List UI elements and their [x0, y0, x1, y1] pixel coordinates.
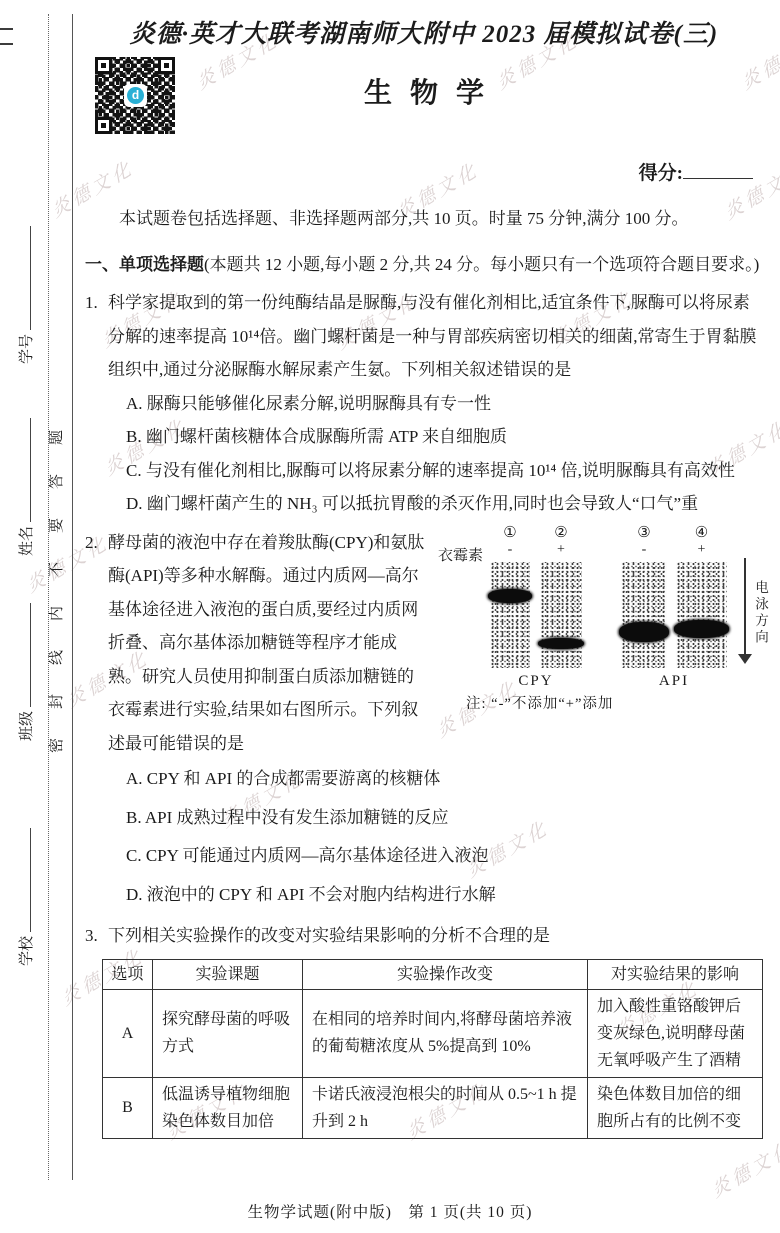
protein-band [619, 622, 669, 642]
reagent-label: 衣霉素 [438, 548, 483, 564]
api-group-label: API [621, 673, 727, 689]
print-crop-mark [0, 43, 13, 45]
section-heading: 一、单项选择题(本题共 12 小题,每小题 2 分,共 24 分。每小题只有一个… [85, 248, 763, 282]
exam-instructions: 本试题卷包括选择题、非选择题两部分,共 10 页。时量 75 分钟,满分 100… [85, 202, 763, 236]
school-label: 学校 [19, 936, 35, 966]
protein-band [538, 638, 584, 649]
option-c: C. 与没有催化剂相比,脲酶可以将尿素分解的速率提高 10¹⁴ 倍,说明脲酶具有… [126, 454, 763, 488]
electrophoresis-figure: 衣霉素 ① ② ③ ④ - + - + CPY API 电泳方向 注: “-”不… [438, 528, 763, 724]
lane-4-sign: + [676, 542, 727, 558]
lane-3-sign: - [621, 542, 667, 558]
name-label: 姓名 [19, 526, 35, 556]
lane-1-number: ① [490, 525, 530, 541]
school-field: 学校 [16, 812, 38, 982]
header-topic: 实验课题 [153, 959, 303, 989]
question-1: 1. 科学家提取到的第一份纯酶结晶是脲酶,与没有催化剂相比,适宜条件下,脲酶可以… [85, 286, 763, 521]
cell-option: B [103, 1077, 153, 1138]
option-d: D. 幽门螺杆菌产生的 NH₃ 可以抵抗胃酸的杀灭作用,同时也会导致人“口气”重 [126, 487, 763, 521]
score-label: 得分: [639, 163, 683, 184]
figure-note: 注: “-”不添加“+”添加 [466, 696, 613, 712]
class-blank [16, 603, 31, 707]
exam-title: 炎德·英才大联考湖南师大附中 2023 届模拟试卷(三) [85, 18, 763, 52]
option-a: A. 脲酶只能够催化尿素分解,说明脲酶具有专一性 [126, 387, 763, 421]
gel-lane-3 [621, 562, 667, 668]
experiment-table: 选项 实验课题 实验操作改变 对实验结果的影响 A 探究酵母菌的呼吸方式 在相同… [102, 959, 763, 1139]
protein-band [488, 589, 532, 603]
header-operation: 实验操作改变 [303, 959, 588, 989]
gel-lane-2 [540, 562, 582, 668]
option-b: B. 幽门螺杆菌核糖体合成脲酶所需 ATP 来自细胞质 [126, 420, 763, 454]
direction-arrow-icon [744, 558, 746, 656]
cell-option: A [103, 989, 153, 1077]
question-stem: 科学家提取到的第一份纯酶结晶是脲酶,与没有催化剂相比,适宜条件下,脲酶可以将尿素… [108, 293, 757, 379]
option-d: D. 液泡中的 CPY 和 API 不会对胞内结构进行水解 [126, 876, 763, 915]
page-footer: 生物学试题(附中版) 第 1 页(共 10 页) [0, 1200, 780, 1222]
table-row: A 探究酵母菌的呼吸方式 在相同的培养时间内,将酵母菌培养液的葡萄糖浓度从 5%… [103, 989, 763, 1077]
gel-lane-4 [676, 562, 727, 668]
header-option: 选项 [103, 959, 153, 989]
seal-line-text: 密封线内不要答题 [46, 387, 68, 767]
cell-operation: 在相同的培养时间内,将酵母菌培养液的葡萄糖浓度从 5%提高到 10% [303, 989, 588, 1077]
lane-2-sign: + [540, 542, 582, 558]
question-stem: 酵母菌的液泡中存在着羧肽酶(CPY)和氨肽酶(API)等多种水解酶。通过内质网—… [108, 533, 424, 753]
table-header-row: 选项 实验课题 实验操作改变 对实验结果的影响 [103, 959, 763, 989]
exam-page: 炎德文化炎德文化炎德文化炎德文化炎德文化炎德文化炎德文化炎德文化炎德文化炎德文化… [0, 0, 780, 1233]
print-crop-mark [0, 28, 13, 30]
table-row: B 低温诱导植物细胞染色体数目加倍 卡诺氏液浸泡根尖的时间从 0.5~1 h 提… [103, 1077, 763, 1138]
seal-solid-line [72, 14, 73, 1180]
cell-topic: 低温诱导植物细胞染色体数目加倍 [153, 1077, 303, 1138]
lane-1-sign: - [490, 542, 530, 558]
name-field: 姓名 [16, 402, 38, 572]
class-field: 班级 [16, 587, 38, 757]
cell-operation: 卡诺氏液浸泡根尖的时间从 0.5~1 h 提升到 2 h [303, 1077, 588, 1138]
cell-effect: 染色体数目加倍的细胞所占有的比例不变 [588, 1077, 763, 1138]
lane-3-number: ③ [621, 525, 667, 541]
cell-effect: 加入酸性重铬酸钾后变灰绿色,说明酵母菌无氧呼吸产生了酒精 [588, 989, 763, 1077]
student-id-field: 学号 [16, 210, 38, 380]
gel-lane-1 [490, 562, 530, 668]
class-label: 班级 [19, 711, 35, 741]
option-c: C. CPY 可能通过内质网—高尔基体途径进入液泡 [126, 837, 763, 876]
lane-4-number: ④ [676, 525, 727, 541]
school-blank [16, 828, 31, 932]
protein-band [674, 620, 729, 638]
student-id-blank [16, 226, 31, 330]
section-title: 一、单项选择题 [85, 255, 204, 274]
option-a: A. CPY 和 API 的合成都需要游离的核糖体 [126, 760, 763, 799]
question-2: 衣霉素 ① ② ③ ④ - + - + CPY API 电泳方向 注: “-”不… [85, 526, 763, 915]
option-b: B. API 成熟过程中没有发生添加糖链的反应 [126, 799, 763, 838]
header-effect: 对实验结果的影响 [588, 959, 763, 989]
cell-topic: 探究酵母菌的呼吸方式 [153, 989, 303, 1077]
score-line: 得分: [85, 162, 753, 186]
score-blank [683, 163, 753, 179]
lane-2-number: ② [540, 525, 582, 541]
name-blank [16, 418, 31, 522]
electrophoresis-direction-label: 电泳方向 [752, 580, 768, 646]
question-number: 3. [85, 919, 98, 953]
exam-content: 炎德·英才大联考湖南师大附中 2023 届模拟试卷(三) 生物学 得分: 本试题… [85, 0, 763, 1139]
student-id-label: 学号 [19, 334, 35, 364]
question-3: 3. 下列相关实验操作的改变对实验结果影响的分析不合理的是 [85, 919, 763, 953]
subject-title: 生物学 [85, 78, 763, 110]
question-number: 2. [85, 526, 98, 560]
section-subtitle: (本题共 12 小题,每小题 2 分,共 24 分。每小题只有一个选项符合题目要… [204, 255, 759, 274]
cpy-group-label: CPY [490, 673, 582, 689]
question-stem: 下列相关实验操作的改变对实验结果影响的分析不合理的是 [108, 926, 550, 945]
question-number: 1. [85, 286, 98, 320]
direction-arrowhead-icon [738, 654, 752, 664]
